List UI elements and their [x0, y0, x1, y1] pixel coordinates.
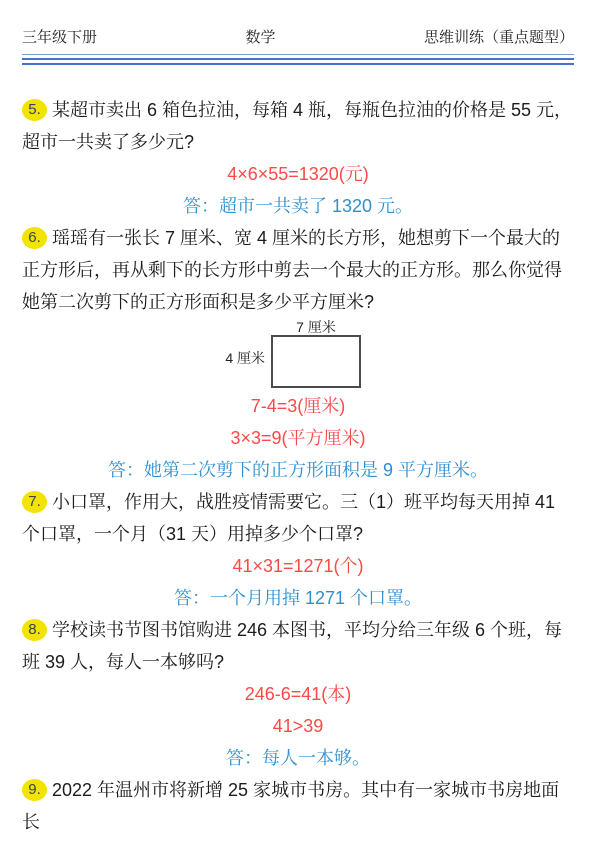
page-header: 三年级下册 数学 思维训练（重点题型） — [22, 26, 574, 55]
question-text: 9.2022 年温州市将新增 25 家城市书房。其中有一家城市书房地面长 — [22, 774, 574, 838]
header-subject: 数学 — [245, 26, 275, 47]
header-double-rule — [22, 58, 574, 65]
question-text: 6.瑶瑶有一张长 7 厘米、宽 4 厘米的长方形，她想剪下一个最大的正方形后，再… — [22, 222, 574, 318]
header-section: 思维训练（重点题型） — [424, 26, 574, 47]
question-text: 8.学校读书节图书馆购进 246 本图书，平均分给三年级 6 个班，每班 39 … — [22, 614, 574, 678]
question-text: 7.小口罩，作用大，战胜疫情需要它。三（1）班平均每天用掉 41 个口罩，一个月… — [22, 486, 574, 550]
question-body: 瑶瑶有一张长 7 厘米、宽 4 厘米的长方形，她想剪下一个最大的正方形后，再从剩… — [22, 228, 562, 312]
answer-line: 答：她第二次剪下的正方形面积是 9 平方厘米。 — [22, 454, 574, 486]
question-9: 9.2022 年温州市将新增 25 家城市书房。其中有一家城市书房地面长 — [22, 774, 574, 838]
worksheet-page: 三年级下册 数学 思维训练（重点题型） 5.某超市卖出 6 箱色拉油，每箱 4 … — [0, 0, 596, 842]
question-7: 7.小口罩，作用大，战胜疫情需要它。三（1）班平均每天用掉 41 个口罩，一个月… — [22, 486, 574, 614]
worksheet-content: 5.某超市卖出 6 箱色拉油，每箱 4 瓶，每瓶色拉油的价格是 55 元，超市一… — [22, 94, 574, 838]
question-text: 5.某超市卖出 6 箱色拉油，每箱 4 瓶，每瓶色拉油的价格是 55 元，超市一… — [22, 94, 574, 158]
diagram-height-label: 4 厘米 — [185, 350, 265, 366]
question-number-badge: 6. — [22, 227, 47, 249]
answer-line: 答：超市一共卖了 1320 元。 — [22, 190, 574, 222]
question-number-badge: 7. — [22, 491, 47, 513]
diagram-width-label: 7 厘米 — [271, 319, 361, 335]
question-8: 8.学校读书节图书馆购进 246 本图书，平均分给三年级 6 个班，每班 39 … — [22, 614, 574, 774]
answer-line: 答：每人一本够。 — [22, 742, 574, 774]
answer-line: 答：一个月用掉 1271 个口罩。 — [22, 582, 574, 614]
equation-line: 246-6=41(本) — [22, 678, 574, 710]
equation-line: 3×3=9(平方厘米) — [22, 422, 574, 454]
equation-line: 41>39 — [22, 710, 574, 742]
equation-line: 4×6×55=1320(元) — [22, 158, 574, 190]
question-6: 6.瑶瑶有一张长 7 厘米、宽 4 厘米的长方形，她想剪下一个最大的正方形后，再… — [22, 222, 574, 486]
question-number-badge: 8. — [22, 619, 47, 641]
equation-line: 7-4=3(厘米) — [22, 390, 574, 422]
rectangle-diagram: 7 厘米 4 厘米 — [22, 318, 574, 390]
question-body: 某超市卖出 6 箱色拉油，每箱 4 瓶，每瓶色拉油的价格是 55 元，超市一共卖… — [22, 100, 572, 152]
equation-line: 41×31=1271(个) — [22, 550, 574, 582]
question-body: 学校读书节图书馆购进 246 本图书，平均分给三年级 6 个班，每班 39 人，… — [22, 620, 562, 672]
question-number-badge: 9. — [22, 779, 47, 801]
question-body: 2022 年温州市将新增 25 家城市书房。其中有一家城市书房地面长 — [22, 780, 559, 832]
question-number-badge: 5. — [22, 99, 47, 121]
rectangle-figure — [271, 335, 361, 388]
question-body: 小口罩，作用大，战胜疫情需要它。三（1）班平均每天用掉 41 个口罩，一个月（3… — [22, 492, 555, 544]
header-course: 三年级下册 — [22, 26, 97, 47]
question-5: 5.某超市卖出 6 箱色拉油，每箱 4 瓶，每瓶色拉油的价格是 55 元，超市一… — [22, 94, 574, 222]
